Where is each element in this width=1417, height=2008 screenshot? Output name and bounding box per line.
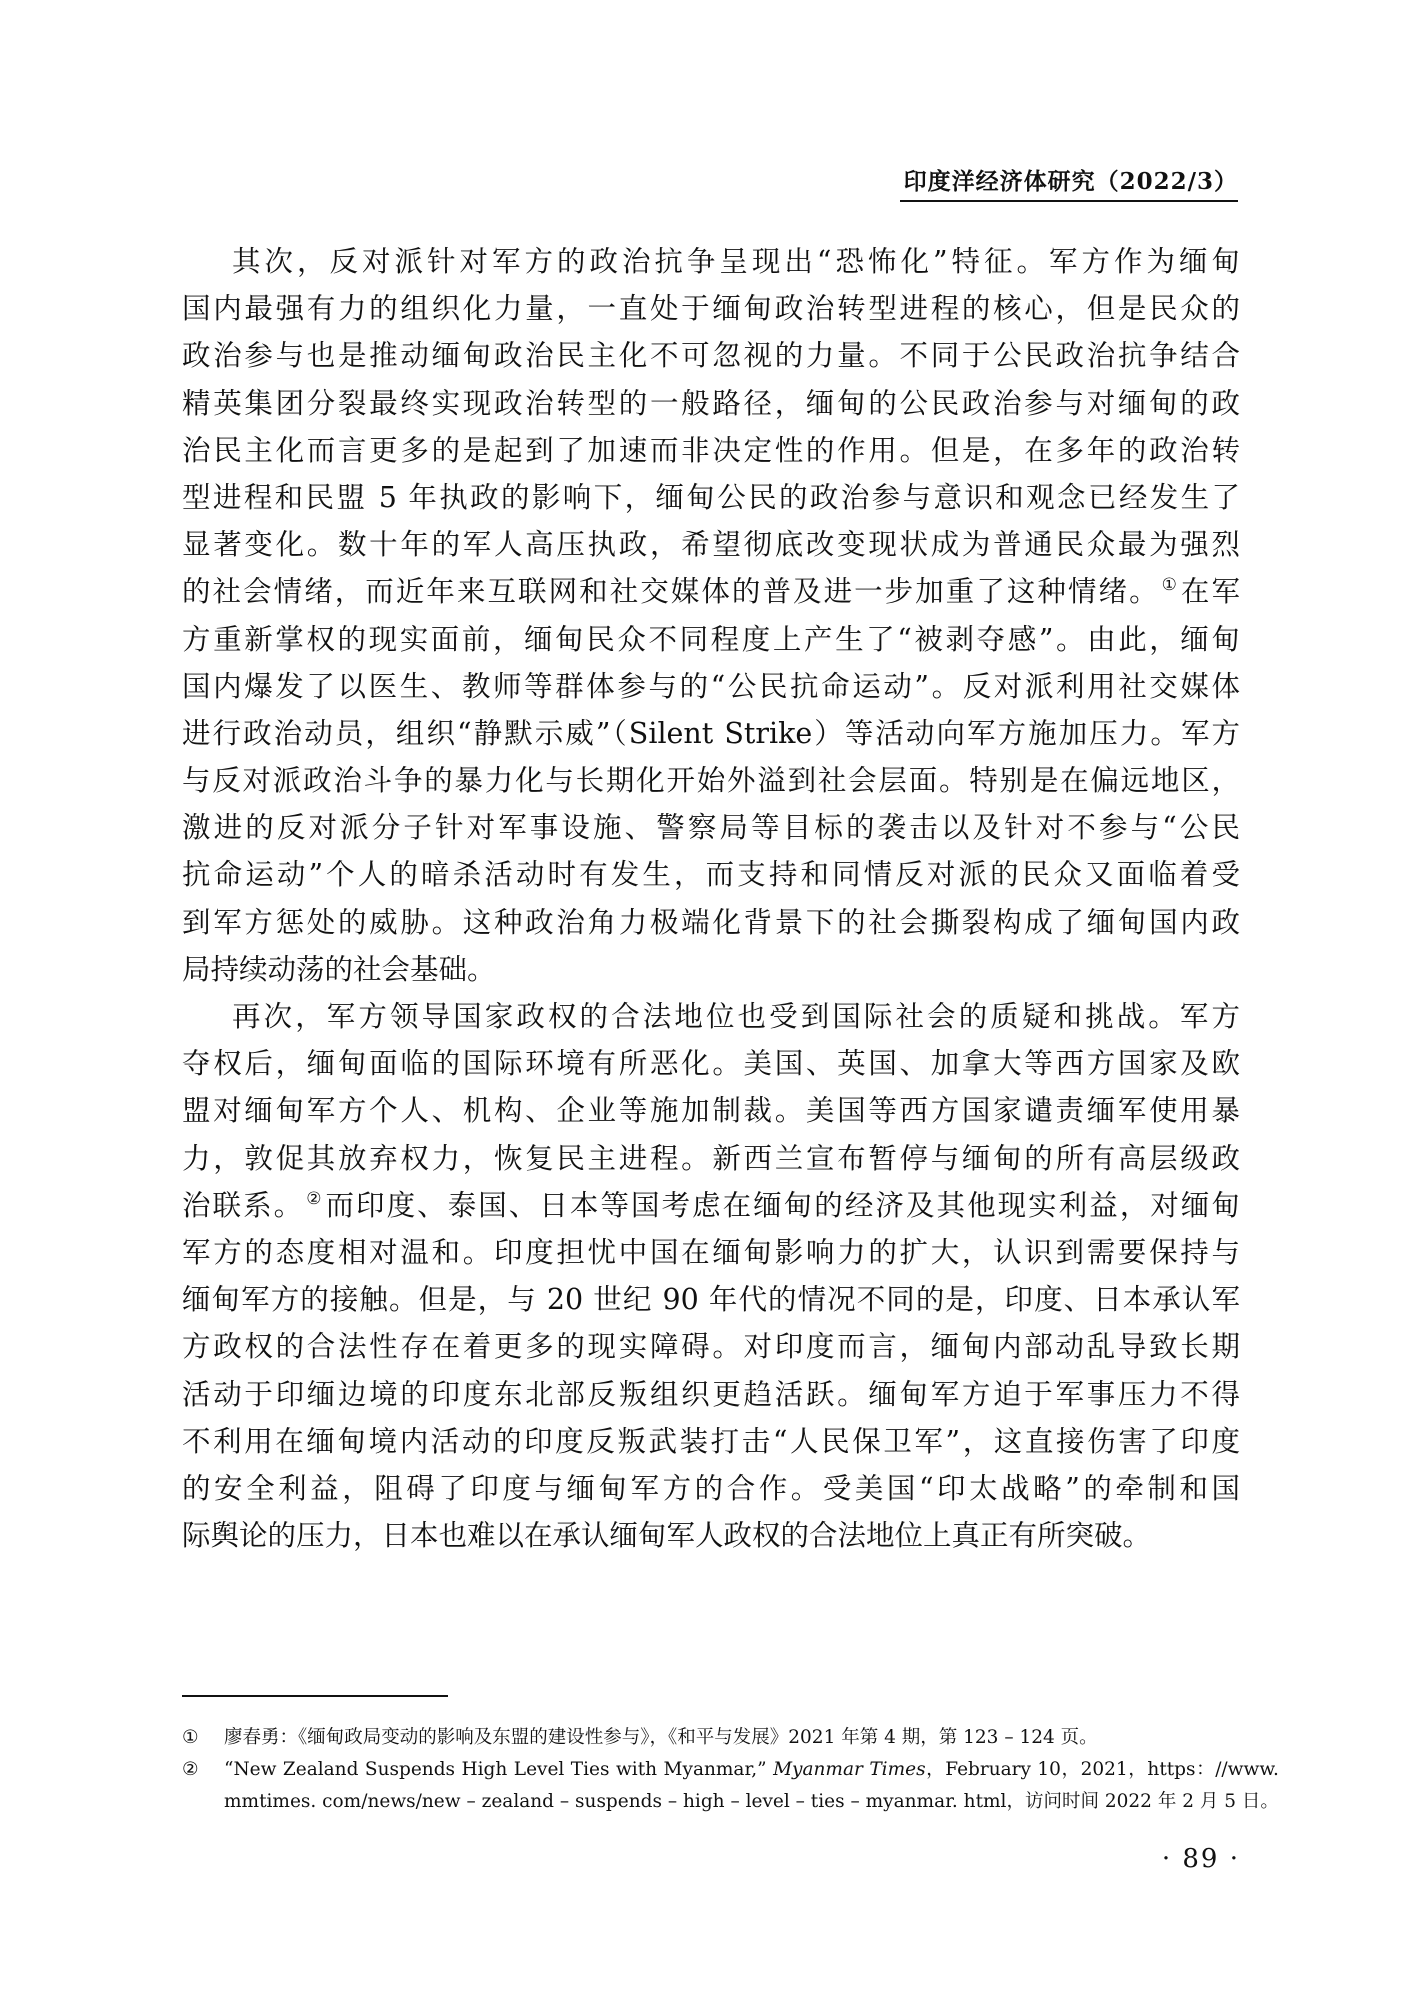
page-number: · 89 · [1130,1844,1240,1874]
footnote-separator [182,1695,448,1697]
text-line: 再次，军方领导国家政权的合法地位也受到国际社会的质疑和挑战。军方 [182,993,1240,1040]
footnote-2: ② “New Zealand Suspends High Level Ties … [182,1754,1240,1818]
text-line: 方政权的合法性存在着更多的现实障碍。对印度而言，缅甸内部动乱导致长期 [182,1323,1240,1370]
footnote-ref-1[interactable]: ① [1162,575,1179,595]
text-line: 缅甸军方的接触。但是，与 20 世纪 90 年代的情况不同的是，印度、日本承认军 [182,1276,1240,1323]
text-segment: 在军 [1181,575,1240,608]
text-line: 治民主化而言更多的是起到了加速而非决定性的作用。但是，在多年的政治转 [182,427,1240,474]
citation-title: “New Zealand Suspends High Level Ties wi… [224,1759,767,1780]
text-line: 国内最强有力的组织化力量，一直处于缅甸政治转型进程的核心，但是民众的 [182,285,1240,332]
text-line-with-footnote-ref: 的社会情绪，而近年来互联网和社交媒体的普及进一步加重了这种情绪。①在军 [182,568,1240,615]
paragraph-1: 其次，反对派针对军方的政治抗争呈现出“恐怖化”特征。军方作为缅甸 国内最强有力的… [182,238,1240,993]
footnote-body: “New Zealand Suspends High Level Ties wi… [224,1754,1279,1818]
text-line: 的安全利益，阻碍了印度与缅甸军方的合作。受美国“印太战略”的牵制和国 [182,1465,1240,1512]
text-line: 际舆论的压力，日本也难以在承认缅甸军人政权的合法地位上真正有所突破。 [182,1512,1240,1559]
text-line: 军方的态度相对温和。印度担忧中国在缅甸影响力的扩大，认识到需要保持与 [182,1229,1240,1276]
text-line: 不利用在缅甸境内活动的印度反叛武装打击“人民保卫军”，这直接伤害了印度 [182,1418,1240,1465]
text-line: 局持续动荡的社会基础。 [182,946,1240,993]
footnote-body: 廖春勇：《缅甸政局变动的影响及东盟的建设性参与》，《和平与发展》2021 年第 … [224,1722,1240,1754]
text-line: 力，敦促其放弃权力，恢复民主进程。新西兰宣布暂停与缅甸的所有高层级政 [182,1135,1240,1182]
running-header: 印度洋经济体研究（2022/3） [900,168,1238,202]
text-line: 到军方惩处的威胁。这种政治角力极端化背景下的社会撕裂构成了缅甸国内政 [182,899,1240,946]
footnote-ref-2[interactable]: ② [306,1189,323,1209]
footnote-line: “New Zealand Suspends High Level Ties wi… [224,1754,1279,1786]
text-segment: 而印度、泰国、日本等国考虑在缅甸的经济及其他现实利益，对缅甸 [326,1189,1240,1222]
text-line: 精英集团分裂最终实现政治转型的一般路径，缅甸的公民政治参与对缅甸的政 [182,380,1240,427]
text-line: 政治参与也是推动缅甸政治民主化不可忽视的力量。不同于公民政治抗争结合 [182,332,1240,379]
text-line: 激进的反对派分子针对军事设施、警察局等目标的袭击以及针对不参与“公民 [182,804,1240,851]
text-line: 与反对派政治斗争的暴力化与长期化开始外溢到社会层面。特别是在偏远地区， [182,757,1240,804]
citation-details[interactable]: ，February 10，2021，https：//www. [926,1759,1279,1780]
text-line: 夺权后，缅甸面临的国际环境有所恶化。美国、英国、加拿大等西方国家及欧 [182,1040,1240,1087]
footnote-marker: ① [182,1722,224,1754]
footnotes: ① 廖春勇：《缅甸政局变动的影响及东盟的建设性参与》，《和平与发展》2021 年… [182,1722,1240,1818]
text-segment: 治联系。 [182,1189,304,1222]
text-line: 进行政治动员，组织“静默示威”（Silent Strike）等活动向军方施加压力… [182,710,1240,757]
text-line: 盟对缅甸军方个人、机构、企业等施加制裁。美国等西方国家谴责缅军使用暴 [182,1087,1240,1134]
text-line: 活动于印缅边境的印度东北部反叛组织更趋活跃。缅甸军方迫于军事压力不得 [182,1371,1240,1418]
text-line: 其次，反对派针对军方的政治抗争呈现出“恐怖化”特征。军方作为缅甸 [182,238,1240,285]
text-line: 型进程和民盟 5 年执政的影响下，缅甸公民的政治参与意识和观念已经发生了 [182,474,1240,521]
text-line-with-footnote-ref: 治联系。②而印度、泰国、日本等国考虑在缅甸的经济及其他现实利益，对缅甸 [182,1182,1240,1229]
footnote-line: 廖春勇：《缅甸政局变动的影响及东盟的建设性参与》，《和平与发展》2021 年第 … [224,1722,1240,1754]
text-line: 国内爆发了以医生、教师等群体参与的“公民抗命运动”。反对派利用社交媒体 [182,663,1240,710]
publication-name: Myanmar Times [773,1759,925,1780]
footnote-line-url[interactable]: mmtimes. com/news/new – zealand – suspen… [224,1786,1279,1818]
text-line: 显著变化。数十年的军人高压执政，希望彻底改变现状成为普通民众最为强烈 [182,521,1240,568]
paragraph-2: 再次，军方领导国家政权的合法地位也受到国际社会的质疑和挑战。军方 夺权后，缅甸面… [182,993,1240,1559]
text-line: 抗命运动”个人的暗杀活动时有发生，而支持和同情反对派的民众又面临着受 [182,851,1240,898]
text-segment: 的社会情绪，而近年来互联网和社交媒体的普及进一步加重了这种情绪。 [182,575,1160,608]
text-line: 方重新掌权的现实面前，缅甸民众不同程度上产生了“被剥夺感”。由此，缅甸 [182,616,1240,663]
footnote-marker: ② [182,1754,224,1818]
footnote-1: ① 廖春勇：《缅甸政局变动的影响及东盟的建设性参与》，《和平与发展》2021 年… [182,1722,1240,1754]
body-text: 其次，反对派针对军方的政治抗争呈现出“恐怖化”特征。军方作为缅甸 国内最强有力的… [182,238,1240,1559]
